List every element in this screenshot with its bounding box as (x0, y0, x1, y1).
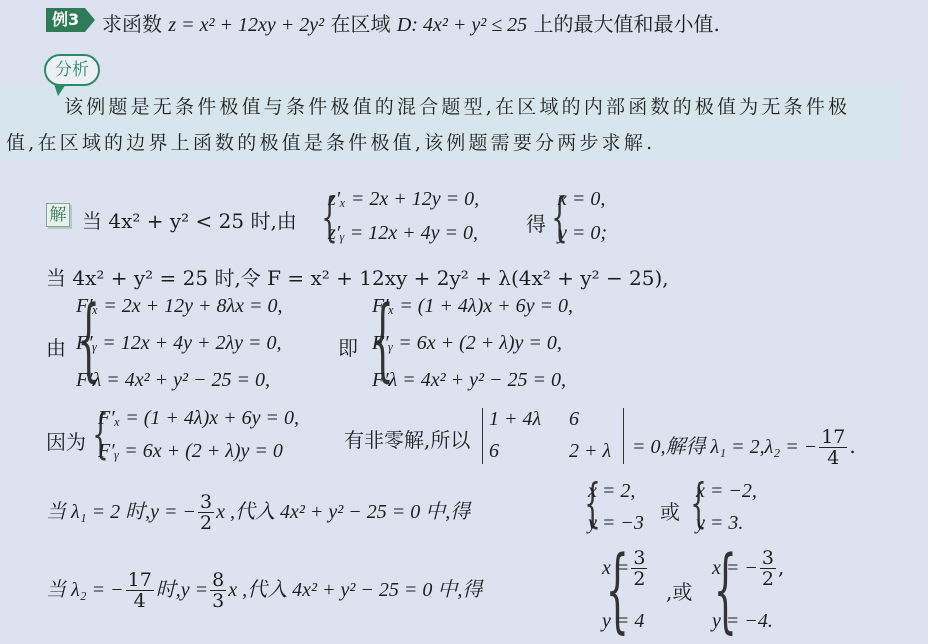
problem-statement: 求函数 z = x² + 12xy + 2y² 在区域 D: 4x² + y² … (102, 8, 720, 37)
analysis-line-2: 值,在区域的边界上函数的极值是条件极值,该例题需要分两步求解. (6, 128, 655, 155)
det-a11: 1 + 4λ (489, 408, 541, 431)
step3-mid: 即 (338, 332, 358, 361)
step3-sys-a-3: F′λ = 4x² + y² − 25 = 0, (76, 369, 270, 392)
step6-after: x ,代入 4x² + y² − 25 = 0 中,得 (228, 579, 482, 601)
fraction: 32 (760, 548, 776, 589)
frac-den: 2 (760, 569, 776, 589)
problem-region: D: 4x² + y² ≤ 25 (397, 14, 527, 36)
step2-text: 当 4x² + y² = 25 时,令 F = x² + 12xy + 2y² … (46, 262, 669, 291)
example-tag: 例3 (46, 8, 85, 32)
step5-text: 当 λ₁ = 2 时,y = −32x ,代入 4x² + y² − 25 = … (46, 492, 470, 533)
step4-prefix: 因为 (46, 426, 86, 455)
fraction: 32 (198, 492, 214, 533)
det-a21: 6 (489, 440, 499, 463)
problem-prefix: 求函数 (102, 12, 162, 36)
problem-suffix: 上的最大值和最小值. (534, 12, 720, 36)
frac-num: 3 (760, 548, 776, 569)
step4-sys-1: F′ₓ = (1 + 4λ)x + 6y = 0, (98, 407, 299, 430)
step6-prefix: 当 λ₂ = − (46, 579, 124, 601)
problem-mid: 在区域 (331, 12, 391, 36)
step1-mid: 得 (526, 208, 546, 237)
step4-end: . (849, 434, 855, 458)
step6-sol-a-x: x =32 (602, 548, 649, 589)
det-a12: 6 (569, 408, 579, 431)
problem-function: z = x² + 12xy + 2y² (168, 14, 324, 36)
det-a22: 2 + λ (569, 440, 611, 463)
sol-b-x-label: x = − (712, 557, 758, 579)
fraction: 32 (631, 548, 647, 589)
frac-num: 8 (210, 570, 226, 591)
step4-sys-2: F′ᵧ = 6x + (2 + λ)y = 0 (98, 440, 283, 463)
frac-den: 3 (210, 591, 226, 611)
step4-after-text: = 0,解得 λ₁ = 2,λ₂ = − (632, 436, 817, 458)
step3-prefix: 由 (46, 332, 66, 361)
step5-sol-b-2: y = 3. (696, 512, 743, 535)
step6-sol-b-x: x = −32, (712, 548, 784, 589)
step1-eq1: z′ₓ = 2x + 12y = 0, (328, 188, 479, 211)
solution-label-icon: 解 (46, 203, 70, 227)
frac-den: 4 (819, 448, 847, 468)
fraction: 174 (819, 427, 847, 468)
step6-or: ,或 (666, 576, 692, 605)
frac-num: 17 (819, 427, 847, 448)
step3-sys-b-3: F′λ = 4x² + y² − 25 = 0, (372, 369, 566, 392)
step3-sys-b-2: F′ᵧ = 6x + (2 + λ)y = 0, (372, 332, 562, 355)
step1-eq2: z′ᵧ = 12x + 4y = 0, (328, 222, 478, 245)
analysis-line-1: 该例题是无条件极值与条件极值的混合题型,在区域的内部函数的极值为无条件极 (64, 92, 850, 119)
step5-sol-a-1: x = 2, (588, 480, 635, 503)
analysis-bubble-icon: 分析 (44, 54, 100, 86)
sol-a-x-label: x = (602, 557, 629, 579)
frac-den: 4 (126, 591, 154, 611)
frac-den: 2 (631, 569, 647, 589)
step3-sys-a-2: F′ᵧ = 12x + 4y + 2λy = 0, (76, 332, 281, 355)
step5-sol-a-2: y = −3 (588, 512, 644, 535)
step1-res2: y = 0; (558, 222, 607, 245)
step5-or: 或 (660, 496, 680, 525)
step3-sys-b-1: F′ₓ = (1 + 4λ)x + 6y = 0, (372, 295, 573, 318)
step5-after: x ,代入 4x² + y² − 25 = 0 中,得 (216, 501, 470, 523)
step1-res1: x = 0, (558, 188, 605, 211)
determinant: 1 + 4λ 6 6 2 + λ (482, 408, 624, 464)
fraction: 174 (126, 570, 154, 611)
step6-sol-b-y: y = −4. (712, 610, 773, 633)
step5-sol-b-1: x = −2, (696, 480, 757, 503)
step6-sol-a-y: y = 4 (602, 610, 644, 633)
step1-condition: 当 4x² + y² < 25 时,由 (82, 205, 297, 234)
fraction: 83 (210, 570, 226, 611)
step5-prefix: 当 λ₁ = 2 时,y = − (46, 501, 196, 523)
step6-mid: 时,y = (156, 579, 208, 601)
frac-num: 17 (126, 570, 154, 591)
step3-sys-a-1: F′ₓ = 2x + 12y + 8λx = 0, (76, 295, 283, 318)
frac-num: 3 (631, 548, 647, 569)
step6-text: 当 λ₂ = −174时,y =83x ,代入 4x² + y² − 25 = … (46, 570, 482, 611)
step4-after: = 0,解得 λ₁ = 2,λ₂ = −174. (632, 427, 856, 468)
step4-mid: 有非零解,所以 (344, 424, 470, 453)
frac-den: 2 (198, 513, 214, 533)
frac-num: 3 (198, 492, 214, 513)
